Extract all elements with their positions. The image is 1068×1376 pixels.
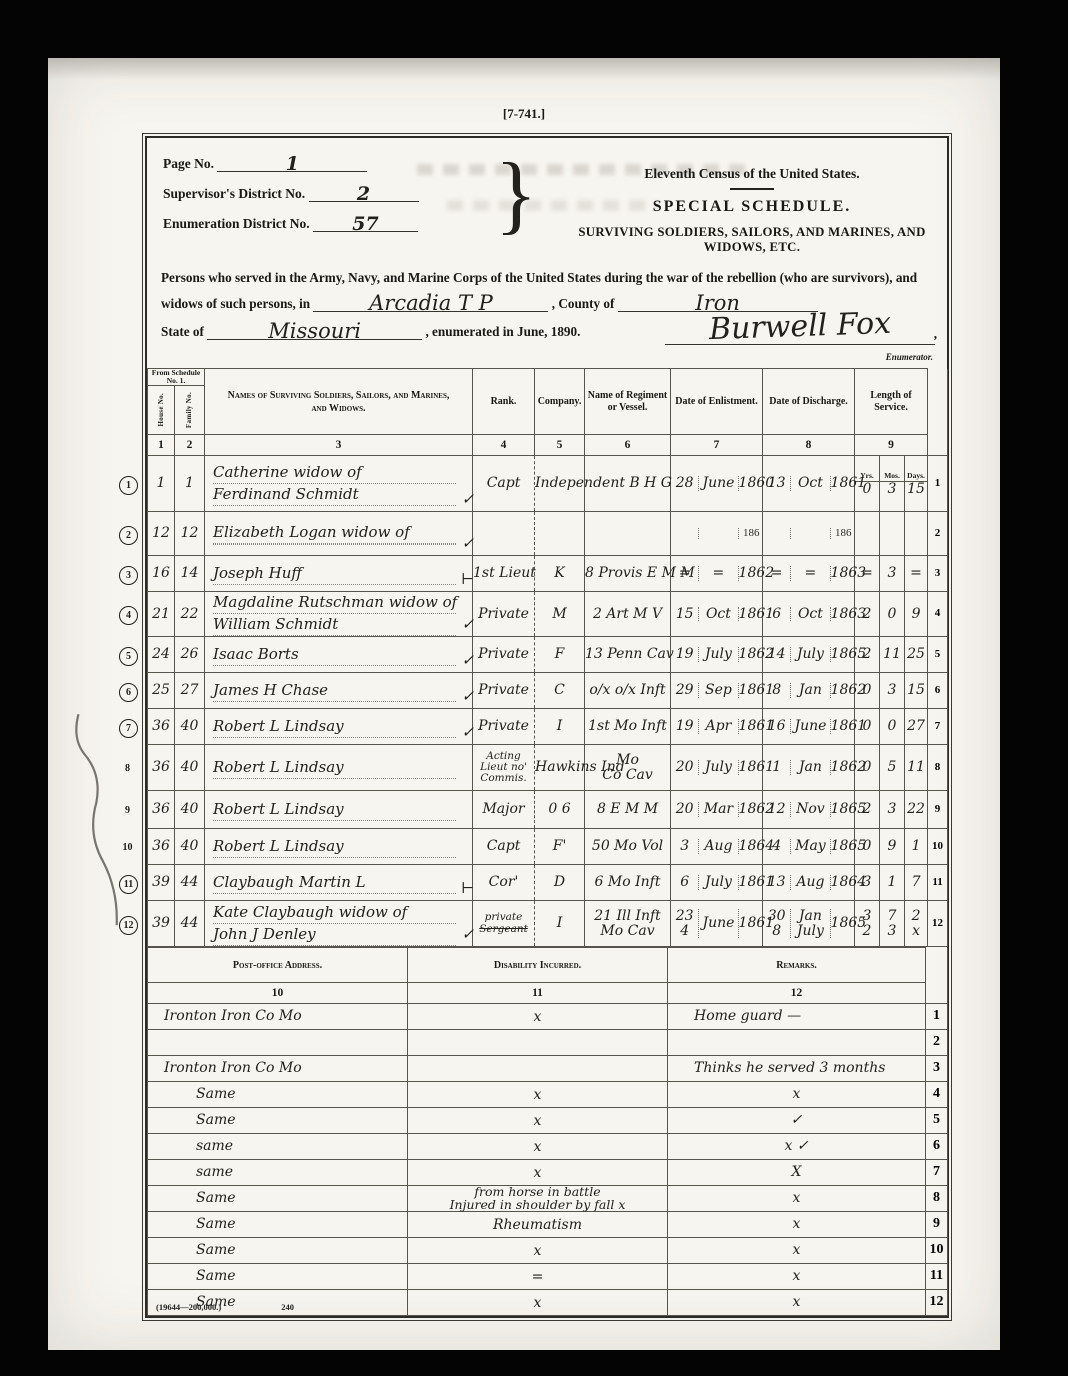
rank-cell: Private — [473, 637, 535, 673]
col-number-4: 4 — [473, 435, 535, 456]
line-number-cell: 1 — [926, 1004, 948, 1030]
township-value: Arcadia T P — [313, 296, 548, 312]
name-cell: Kate Claybaugh widow ofJohn J Denley✓ — [205, 901, 473, 947]
regiment-cell: 6 Mo Inft — [585, 865, 671, 901]
rank-cell: ActingLieut no'Commis. — [473, 745, 535, 791]
supervisor-district-label: Supervisor's District No. — [163, 186, 305, 201]
regiment-cell: 50 Mo Vol — [585, 829, 671, 865]
enlistment-date-cell: 19Apr1861 — [671, 709, 763, 745]
enlistment-date-cell-month: June — [698, 476, 737, 491]
remarks-cell: x — [668, 1082, 926, 1108]
remarks-row-8: Samefrom horse in battleInjured in shoul… — [148, 1186, 948, 1212]
remarks-column-header: Remarks. — [668, 948, 926, 983]
rank-cell: Cor' — [473, 865, 535, 901]
name-line: Robert L Lindsay — [213, 757, 456, 779]
remarks-row-10: Samexx10 — [148, 1238, 948, 1264]
rank-cell — [473, 512, 535, 556]
line-number-cell: 9 — [926, 1212, 948, 1238]
county-label: , County of — [552, 296, 615, 311]
family-no-cell: 40 — [175, 709, 205, 745]
discharge-date-cell-day — [763, 528, 790, 540]
regiment-cell: 8 E M M — [585, 791, 671, 829]
check-mark: ✓ — [461, 534, 474, 552]
enumerator-signature-line: Burwell Fox — [665, 310, 935, 345]
enumeration-district-row: Enumeration District No. 57 — [163, 216, 493, 246]
document-page: [7-741.] Page No. 1 Supervisor's Distric… — [48, 58, 1000, 1350]
regiment-cell: 21 Ill InftMo Cav — [585, 901, 671, 947]
enlistment-date-cell-month: Aug — [698, 839, 737, 854]
col-number-9: 9 — [855, 435, 928, 456]
service-months-cell: 0 — [880, 592, 905, 637]
name-cell: Robert L Lindsay✓ — [205, 709, 473, 745]
enlistment-date-cell-day: 19 — [671, 719, 698, 734]
scan-background: [7-741.] Page No. 1 Supervisor's Distric… — [0, 0, 1068, 1376]
line-number-cell: 6 — [928, 673, 948, 709]
discharge-date-cell-day: 308 — [763, 909, 790, 938]
name-line: Catherine widow of — [213, 462, 456, 484]
house-no-cell: 39 — [148, 865, 175, 901]
disability-cell: x — [408, 1082, 668, 1108]
rank-cell: privateSergeant — [473, 901, 535, 947]
margin-line-marker: 11 — [119, 875, 138, 894]
discharge-date-cell: 13Aug1864 — [763, 865, 855, 901]
enlistment-date-cell-month: June — [698, 909, 737, 938]
enlistment-date-cell: 20Mar1862 — [671, 791, 763, 829]
disability-column-header: Disability Incurred. — [408, 948, 668, 983]
check-mark: ✓ — [461, 925, 474, 943]
service-months-cell: 0 — [880, 709, 905, 745]
enlistment-date-cell-month: Oct — [698, 607, 737, 622]
service-months-cell: 1 — [880, 865, 905, 901]
disability-cell — [408, 1030, 668, 1056]
line-number-cell: 12 — [928, 901, 948, 947]
regiment-cell: o/x o/x Inft — [585, 673, 671, 709]
remarks-cell: x — [668, 1290, 926, 1316]
col-number-12: 12 — [668, 983, 926, 1004]
discharge-date-cell-month: Oct — [790, 607, 829, 622]
check-mark: ✓ — [461, 490, 474, 508]
district-block: Page No. 1 Supervisor's District No. 2 E… — [163, 156, 493, 246]
enlistment-date-cell: 28June1860 — [671, 456, 763, 512]
discharge-date-cell: 6Oct1863 — [763, 592, 855, 637]
regiment-cell: 8 Provis E M M — [585, 556, 671, 592]
remarks-table: Post-office Address. Disability Incurred… — [147, 947, 948, 1316]
family-no-cell: 44 — [175, 865, 205, 901]
line-number-cell: 4 — [928, 592, 948, 637]
family-no-header: Family No. — [175, 386, 205, 435]
service-months-cell: 3 — [880, 791, 905, 829]
intro-line-2-pre: widows of such persons, in — [161, 296, 310, 311]
post-office-cell: Same — [148, 1186, 408, 1212]
enlistment-date-cell: 6July1861 — [671, 865, 763, 901]
name-line: Robert L Lindsay — [213, 716, 456, 738]
family-no-cell: 40 — [175, 791, 205, 829]
discharge-date-cell-month: JanJuly — [790, 909, 829, 938]
margin-line-marker: 10 — [119, 839, 136, 856]
regiment-column-header: Name of Regiment or Vessel. — [585, 369, 671, 435]
document-frame: Page No. 1 Supervisor's District No. 2 E… — [145, 136, 949, 1318]
enlistment-date-cell-day: 15 — [671, 607, 698, 622]
company-cell: Independent B H G — [535, 456, 585, 512]
margin-line-marker: 2 — [119, 526, 138, 545]
col-number-5: 5 — [535, 435, 585, 456]
enlistment-date-cell: 3Aug1864 — [671, 829, 763, 865]
name-cell: Catherine widow ofFerdinand Schmidt✓ — [205, 456, 473, 512]
census-title: Eleventh Census of the United States. — [567, 166, 937, 182]
soldiers-table: From Schedule No. 1. Names of Surviving … — [147, 368, 948, 947]
enlistment-date-cell: 19July1862 — [671, 637, 763, 673]
print-code: (19644—200,000.) — [156, 1302, 221, 1312]
line-number-cell: 9 — [928, 791, 948, 829]
supervisor-district-row: Supervisor's District No. 2 — [163, 186, 493, 216]
name-line: Claybaugh Martin L — [213, 872, 456, 894]
enlistment-date-cell-day: 29 — [671, 683, 698, 698]
service-days-cell — [905, 512, 928, 556]
discharge-date-cell-day: 8 — [763, 683, 790, 698]
company-cell: 0 6 — [535, 791, 585, 829]
name-cell: James H Chase✓ — [205, 673, 473, 709]
title-block: Eleventh Census of the United States. SP… — [567, 166, 937, 255]
company-cell — [535, 512, 585, 556]
name-line: Joseph Huff — [213, 563, 456, 585]
enlistment-column-header: Date of Enlistment. — [671, 369, 763, 435]
service-months-cell: 3 — [880, 556, 905, 592]
rank-cell: Capt — [473, 456, 535, 512]
company-cell: I — [535, 901, 585, 947]
family-no-cell: 22 — [175, 592, 205, 637]
rank-cell: Private — [473, 592, 535, 637]
house-no-cell: 36 — [148, 709, 175, 745]
name-line: William Schmidt — [213, 614, 456, 636]
remarks-cell: X — [668, 1160, 926, 1186]
company-cell: F' — [535, 829, 585, 865]
rank-cell: 1st Lieut — [473, 556, 535, 592]
discharge-date-cell-day: = — [763, 566, 790, 581]
remarks-row-4: Samexx4 — [148, 1082, 948, 1108]
family-no-cell: 12 — [175, 512, 205, 556]
disability-cell: from horse in battleInjured in shoulder … — [408, 1186, 668, 1212]
name-line: Robert L Lindsay — [213, 799, 456, 821]
line-number-cell: 2 — [926, 1030, 948, 1056]
margin-line-marker: 3 — [119, 566, 138, 585]
col-number-11: 11 — [408, 983, 668, 1004]
discharge-date-cell-year: 1863 — [830, 607, 867, 622]
name-line: Elizabeth Logan widow of — [213, 522, 456, 544]
post-office-cell: Same — [148, 1108, 408, 1134]
names-column-header: Names of Surviving Soldiers, Sailors, an… — [205, 369, 473, 435]
discharge-date-cell: 4May1865 — [763, 829, 855, 865]
line-number-cell: 3 — [926, 1056, 948, 1082]
col-number-7: 7 — [671, 435, 763, 456]
post-office-cell: Same — [148, 1264, 408, 1290]
service-days-cell: 25 — [905, 637, 928, 673]
enlistment-date-cell-day: 20 — [671, 760, 698, 775]
intro-line-1: Persons who served in the Army, Navy, an… — [161, 270, 937, 286]
enlistment-date-cell: 20July1861 — [671, 745, 763, 791]
name-cell: Claybaugh Martin L⊢ — [205, 865, 473, 901]
service-years-cell — [855, 512, 880, 556]
house-no-cell: 21 — [148, 592, 175, 637]
line-number-cell: 10 — [926, 1238, 948, 1264]
discharge-date-cell-month — [790, 528, 829, 540]
house-no-cell: 39 — [148, 901, 175, 947]
margin-line-marker: 1 — [119, 476, 138, 495]
margin-line-marker: 9 — [119, 802, 136, 819]
remarks-cell: x — [668, 1186, 926, 1212]
remarks-cell: x — [668, 1264, 926, 1290]
state-value: Missouri — [207, 324, 422, 340]
discharge-date-cell-year: 1865 — [830, 647, 867, 662]
enlistment-date-cell: 15Oct1861 — [671, 592, 763, 637]
post-office-cell — [148, 1030, 408, 1056]
remarks-cell: ✓ — [668, 1108, 926, 1134]
family-no-cell: 44 — [175, 901, 205, 947]
company-cell: C — [535, 673, 585, 709]
discharge-date-cell-day: 13 — [763, 875, 790, 890]
discharge-date-cell-day: 6 — [763, 607, 790, 622]
soldier-row-6: 2527James H Chase✓PrivateCo/x o/x Inft29… — [148, 673, 948, 709]
supervisor-district-value: 2 — [309, 187, 419, 202]
page-no-row: Page No. 1 — [163, 156, 493, 186]
enlistment-date-cell-day: 3 — [671, 839, 698, 854]
discharge-date-cell-month: June — [790, 719, 829, 734]
discharge-date-cell-month: Nov — [790, 802, 829, 817]
line-number-cell: 12 — [926, 1290, 948, 1316]
col-number-10: 10 — [148, 983, 408, 1004]
line-number-cell: 11 — [926, 1264, 948, 1290]
discharge-date-cell-year: 1865 — [830, 909, 867, 938]
soldier-row-3: 1614Joseph Huff⊢1st LieutK8 Provis E M M… — [148, 556, 948, 592]
company-cell: D — [535, 865, 585, 901]
house-no-cell: 36 — [148, 829, 175, 865]
line-number-cell: 8 — [928, 745, 948, 791]
discharge-date-cell: ==1863 — [763, 556, 855, 592]
discharge-date-cell: 13Oct1861 — [763, 456, 855, 512]
name-cell: Robert L Lindsay — [205, 791, 473, 829]
enlistment-date-cell-day: 6 — [671, 875, 698, 890]
discharge-date-cell: 14July1865 — [763, 637, 855, 673]
discharge-date-cell-month: May — [790, 839, 829, 854]
service-months-cell: 11 — [880, 637, 905, 673]
service-months-cell: 3 — [880, 673, 905, 709]
regiment-cell: 2 Art M V — [585, 592, 671, 637]
rank-cell: Major — [473, 791, 535, 829]
post-office-cell: Same — [148, 1238, 408, 1264]
company-column-header: Company. — [535, 369, 585, 435]
enlistment-date-cell-month: July — [698, 760, 737, 775]
name-cell: Elizabeth Logan widow of✓ — [205, 512, 473, 556]
line-number-column-header — [928, 369, 948, 456]
disability-cell: x — [408, 1160, 668, 1186]
house-no-cell: 1 — [148, 456, 175, 512]
line-number-cell: 4 — [926, 1082, 948, 1108]
check-mark: ✓ — [461, 723, 474, 741]
enlistment-date-cell-month: July — [698, 647, 737, 662]
remarks-row-11: Same=x11 — [148, 1264, 948, 1290]
house-no-cell: 12 — [148, 512, 175, 556]
line-number-cell: 3 — [928, 556, 948, 592]
enlistment-date-cell-month: Sep — [698, 683, 737, 698]
remarks-cell — [668, 1030, 926, 1056]
line-number-cell: 7 — [928, 709, 948, 745]
enlistment-date-cell-day — [671, 528, 698, 540]
form-header: Page No. 1 Supervisor's District No. 2 E… — [147, 138, 947, 266]
name-line: Ferdinand Schmidt — [213, 484, 456, 506]
discharge-date-cell-year: 186 — [830, 528, 856, 540]
post-office-column-header: Post-office Address. — [148, 948, 408, 983]
form-print-code: (19644—200,000.) 240 — [156, 1302, 294, 1312]
print-number: 240 — [281, 1302, 294, 1312]
line-number-cell: 5 — [926, 1108, 948, 1134]
remarks-row-2: 2 — [148, 1030, 948, 1056]
discharge-date-cell-year: 1864 — [830, 875, 867, 890]
schedule-subtitle: SURVIVING SOLDIERS, SAILORS, AND MARINES… — [567, 225, 937, 255]
enumerated-label: , enumerated in June, 1890. — [425, 324, 580, 339]
discharge-date-cell-month: Aug — [790, 875, 829, 890]
disability-cell: x — [408, 1238, 668, 1264]
enlistment-date-cell: 186 — [671, 512, 763, 556]
service-days-cell: 2x — [905, 901, 928, 947]
line-number-cell: 5 — [928, 637, 948, 673]
rank-cell: Capt — [473, 829, 535, 865]
discharge-date-cell-month: Jan — [790, 760, 829, 775]
enlistment-date-cell-month: Apr — [698, 719, 737, 734]
margin-line-marker: 12 — [119, 916, 138, 935]
soldier-row-4: 2122Magdaline Rutschman widow ofWilliam … — [148, 592, 948, 637]
remarks-row-1: Ironton Iron Co MoxHome guard —1 — [148, 1004, 948, 1030]
family-no-cell: 40 — [175, 829, 205, 865]
service-months-cell — [880, 512, 905, 556]
soldier-row-11: 3944Claybaugh Martin L⊢Cor'D6 Mo Inft6Ju… — [148, 865, 948, 901]
post-office-cell: same — [148, 1160, 408, 1186]
name-cell: Isaac Borts✓ — [205, 637, 473, 673]
soldier-row-12: 3944Kate Claybaugh widow ofJohn J Denley… — [148, 901, 948, 947]
discharge-date-cell-year: 1865 — [830, 839, 867, 854]
company-cell: M — [535, 592, 585, 637]
line-number-column-header — [926, 948, 948, 1004]
line-number-cell: 10 — [928, 829, 948, 865]
discharge-date-cell-year: 1865 — [830, 802, 867, 817]
line-number-cell: 8 — [926, 1186, 948, 1212]
check-mark: ✓ — [461, 615, 474, 633]
name-line: Robert L Lindsay — [213, 836, 456, 858]
service-days-cell: 7 — [905, 865, 928, 901]
check-mark: ✓ — [461, 651, 474, 669]
line-number-cell: 7 — [926, 1160, 948, 1186]
discharge-date-cell: 1Jan1862 — [763, 745, 855, 791]
regiment-cell: 13 Penn Cav — [585, 637, 671, 673]
company-cell: I — [535, 709, 585, 745]
enlistment-date-cell-year: 186 — [738, 528, 764, 540]
service-days-cell: = — [905, 556, 928, 592]
schedule-note-header: From Schedule No. 1. — [148, 369, 205, 386]
check-mark: ⊢ — [461, 879, 474, 897]
discharge-date-cell-day: 13 — [763, 476, 790, 491]
discharge-date-cell-year: 1862 — [830, 683, 867, 698]
disability-cell: x — [408, 1004, 668, 1030]
remarks-cell: x — [668, 1238, 926, 1264]
enlistment-date-cell-month: Mar — [698, 802, 737, 817]
remarks-row-6: samexx ✓6 — [148, 1134, 948, 1160]
enumerator-label: Enumerator. — [886, 352, 933, 362]
discharge-date-cell-month: Jan — [790, 683, 829, 698]
post-office-cell: Same — [148, 1082, 408, 1108]
enlistment-date-cell: 29Sep1861 — [671, 673, 763, 709]
col-number-6: 6 — [585, 435, 671, 456]
enumeration-district-label: Enumeration District No. — [163, 216, 310, 231]
soldier-row-1: 11Catherine widow ofFerdinand Schmidt✓Ca… — [148, 456, 948, 512]
intro-paragraph: Persons who served in the Army, Navy, an… — [147, 266, 947, 368]
service-months-cell: Mos.3 — [880, 456, 905, 512]
house-no-cell: 25 — [148, 673, 175, 709]
line-number-cell: 2 — [928, 512, 948, 556]
regiment-cell — [585, 512, 671, 556]
company-cell: K — [535, 556, 585, 592]
discharge-date-cell-month: = — [790, 566, 829, 581]
remarks-row-7: samexX7 — [148, 1160, 948, 1186]
family-no-cell: 26 — [175, 637, 205, 673]
company-cell: F — [535, 637, 585, 673]
discharge-date-cell: 12Nov1865 — [763, 791, 855, 829]
house-no-cell: 16 — [148, 556, 175, 592]
family-no-cell: 14 — [175, 556, 205, 592]
page-no-label: Page No. — [163, 156, 214, 171]
service-days-cell: 27 — [905, 709, 928, 745]
schedule-title: SPECIAL SCHEDULE. — [567, 198, 937, 216]
margin-line-marker: 7 — [119, 719, 138, 738]
regiment-cell: 1st Mo Inft — [585, 709, 671, 745]
service-days-cell: 1 — [905, 829, 928, 865]
col-number-1: 1 — [148, 435, 175, 456]
discharge-date-cell-day: 4 — [763, 839, 790, 854]
discharge-date-cell-day: 12 — [763, 802, 790, 817]
enlistment-date-cell-month — [698, 528, 737, 540]
discharge-date-cell-month: Oct — [790, 476, 829, 491]
soldier-row-9: 3640Robert L LindsayMajor0 68 E M M20Mar… — [148, 791, 948, 829]
form-code: [7-741.] — [48, 106, 1000, 122]
rank-column-header: Rank. — [473, 369, 535, 435]
name-line: John J Denley — [213, 924, 456, 946]
enlistment-date-cell-day: 20 — [671, 802, 698, 817]
page-no-value: 1 — [217, 157, 367, 172]
company-cell: Hawkins Ind — [535, 745, 585, 791]
service-months-cell: 5 — [880, 745, 905, 791]
enlistment-date-cell-day: = — [671, 566, 698, 581]
service-months-cell: 73 — [880, 901, 905, 947]
discharge-date-cell-year: 1862 — [830, 760, 867, 775]
name-line: Magdaline Rutschman widow of — [213, 592, 456, 614]
house-no-cell: 36 — [148, 745, 175, 791]
remarks-cell: Home guard — — [668, 1004, 926, 1030]
margin-line-marker: 8 — [119, 760, 136, 777]
name-cell: Magdaline Rutschman widow ofWilliam Schm… — [205, 592, 473, 637]
enlistment-date-cell-day: 234 — [671, 909, 698, 938]
discharge-date-cell: 8Jan1862 — [763, 673, 855, 709]
name-line: Kate Claybaugh widow of — [213, 902, 456, 924]
title-rule — [730, 188, 774, 190]
name-cell: Robert L Lindsay — [205, 829, 473, 865]
discharge-date-cell: 16June1861 — [763, 709, 855, 745]
discharge-date-cell: 308JanJuly1865 — [763, 901, 855, 947]
name-cell: Joseph Huff⊢ — [205, 556, 473, 592]
service-days-cell: Days.15 — [905, 456, 928, 512]
post-office-cell: Same — [148, 1212, 408, 1238]
soldier-row-10: 3640Robert L LindsayCaptF'50 Mo Vol3Aug1… — [148, 829, 948, 865]
service-days-cell: 22 — [905, 791, 928, 829]
discharge-date-cell-day: 16 — [763, 719, 790, 734]
enlistment-date-cell-month: July — [698, 875, 737, 890]
disability-cell: Rheumatism — [408, 1212, 668, 1238]
